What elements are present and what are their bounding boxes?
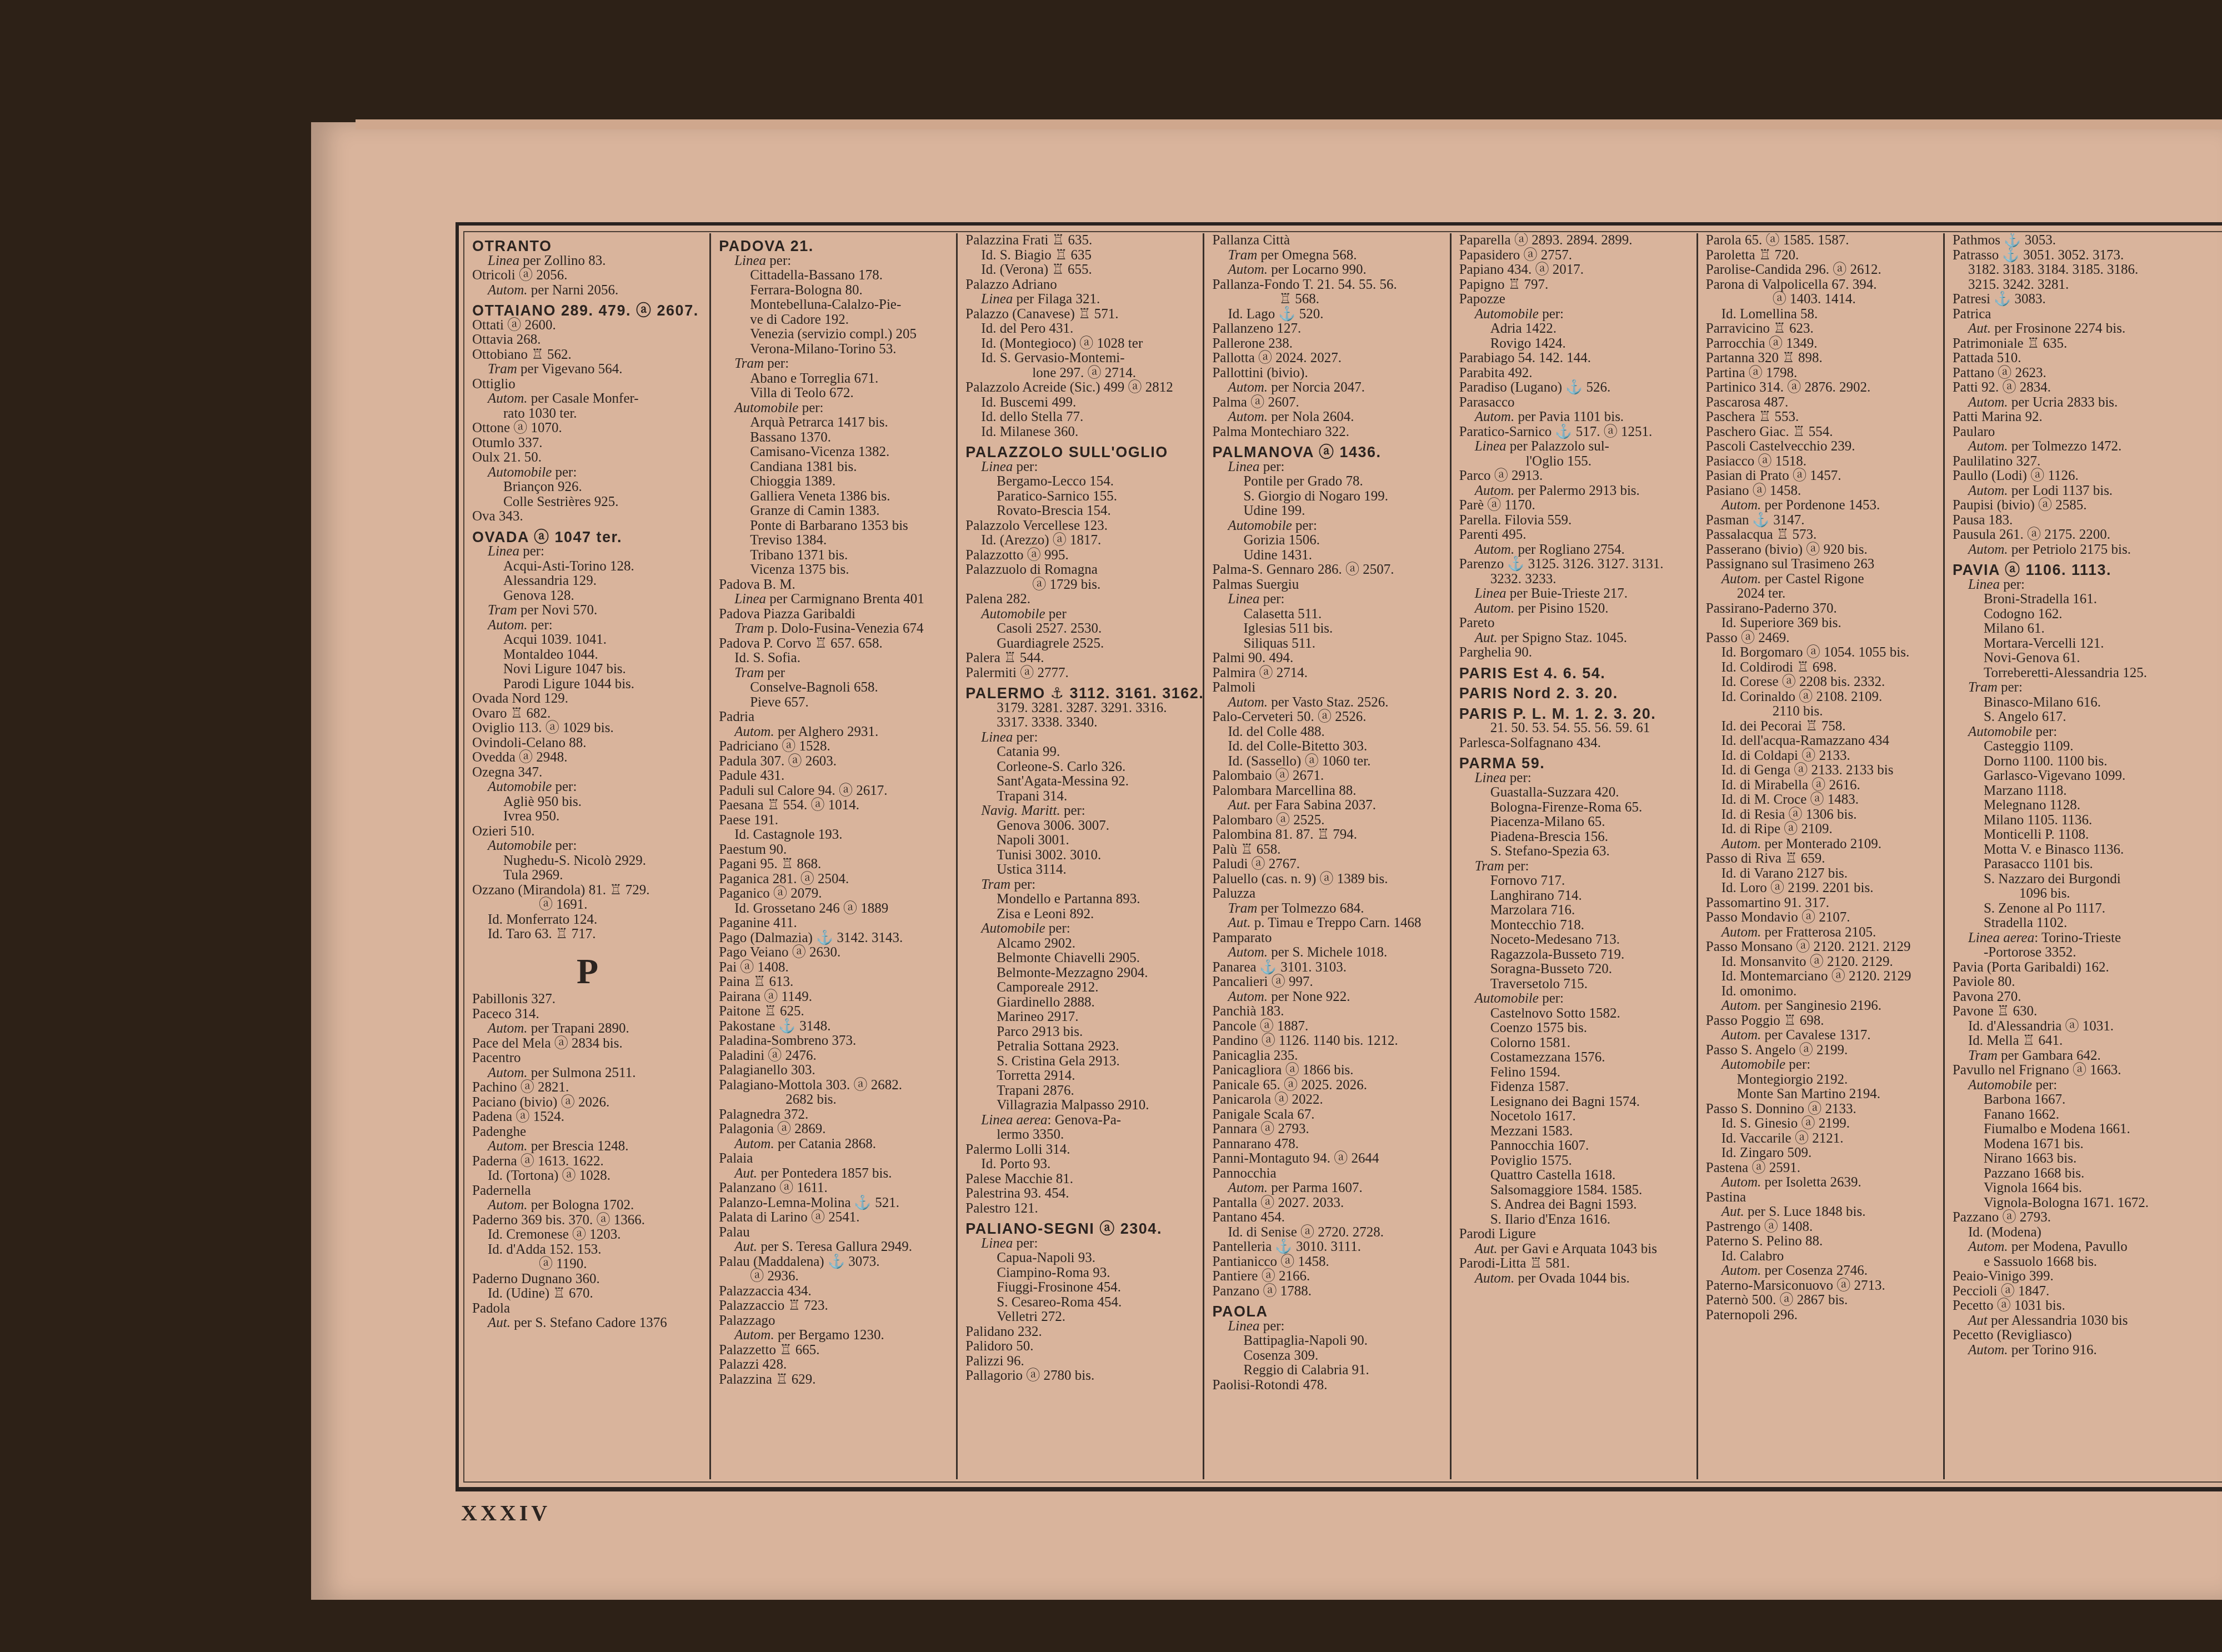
index-entry: Novi-Genova 61.: [1953, 651, 2216, 666]
index-entry: Id. del Colle-Bitetto 303.: [1212, 739, 1444, 754]
index-entry: Paolisi-Rotondi 478.: [1212, 1378, 1444, 1393]
index-entry: Paratico-Sarnico ⚓ 517. ⓐ 1251.: [1459, 425, 1691, 440]
index-entry: Marineo 2917.: [965, 1010, 1197, 1025]
index-entry: Passo Monsano ⓐ 2120. 2121. 2129: [1706, 940, 1938, 955]
index-entry: Palidoro 50.: [965, 1339, 1197, 1354]
index-entry: 2024 ter.: [1706, 587, 1938, 602]
index-column-2: PADOVA 21.Linea per:Cittadella-Bassano 1…: [711, 233, 958, 1479]
index-entry: Passo di Riva ♖ 659.: [1706, 852, 1938, 867]
service-type-label: Autom.: [1475, 1271, 1515, 1286]
index-entry: Paupisi (bivio) ⓐ 2585.: [1953, 498, 2216, 513]
index-entry: Id. di Genga ⓐ 2133. 2133 bis: [1706, 763, 1938, 778]
index-entry: Autom. per Bergamo 1230.: [719, 1328, 950, 1343]
index-entry: Soragna-Busseto 720.: [1459, 962, 1691, 977]
index-entry: Autom. per Sanginesio 2196.: [1706, 999, 1938, 1014]
index-entry: Paterno-Marsiconuovo ⓐ 2713.: [1706, 1279, 1938, 1294]
index-entry: Pavone ♖ 630.: [1953, 1004, 2216, 1019]
index-entry: Papiano 434. ⓐ 2017.: [1459, 263, 1691, 278]
index-entry: Adria 1422.: [1459, 322, 1691, 337]
index-entry: Noceto-Medesano 713.: [1459, 933, 1691, 948]
index-entry: Id. di Varano 2127 bis.: [1706, 867, 1938, 882]
index-entry: Autom. per Cosenza 2746.: [1706, 1264, 1938, 1279]
index-entry: Linea per Buie-Trieste 217.: [1459, 587, 1691, 602]
index-entry: Ottati ⓐ 2600.: [472, 318, 704, 333]
index-entry: Fiuggi-Frosinone 454.: [965, 1280, 1197, 1295]
index-entry: lone 297. ⓐ 2714.: [965, 366, 1197, 381]
index-entry: Aut per Alessandria 1030 bis: [1953, 1314, 2216, 1329]
index-entry: Piacenza-Milano 65.: [1459, 815, 1691, 830]
index-entry: Palma ⓐ 2607.: [1212, 396, 1444, 411]
index-entry: Autom. per Pisino 1520.: [1459, 602, 1691, 617]
index-entry: Autom. per Vasto Staz. 2526.: [1212, 695, 1444, 710]
service-type-label: Tram: [1228, 248, 1257, 263]
index-entry: 21. 50. 53. 54. 55. 56. 59. 61: [1459, 721, 1691, 736]
service-type-label: Tram: [1228, 901, 1257, 916]
index-columns: OTRANTOLinea per Zollino 83.Otricoli ⓐ 2…: [464, 233, 2222, 1479]
index-entry: ve di Cadore 192.: [719, 313, 950, 328]
index-entry: Pachino ⓐ 2821.: [472, 1080, 704, 1095]
service-type-label: Tram: [1475, 859, 1504, 874]
index-column-6: Parola 65. ⓐ 1585. 1587.Paroletta ♖ 720.…: [1698, 233, 1945, 1479]
index-entry: Capua-Napoli 93.: [965, 1251, 1197, 1266]
index-column-5: Paparella ⓐ 2893. 2894. 2899.Papasidero …: [1452, 233, 1698, 1479]
index-entry: Pattada 510.: [1953, 351, 2216, 366]
service-type-label: Linea: [488, 253, 519, 268]
index-entry: Barbona 1667.: [1953, 1093, 2216, 1108]
index-entry: Papozze: [1459, 292, 1691, 307]
index-entry: Paganica 281. ⓐ 2504.: [719, 872, 950, 887]
index-entry: Pai ⓐ 1408.: [719, 960, 950, 975]
index-entry: Napoli 3001.: [965, 833, 1197, 848]
index-entry: Palazzolo Acreide (Sic.) 499 ⓐ 2812: [965, 381, 1197, 396]
service-type-label: Autom.: [488, 391, 528, 406]
index-entry: Autom. per Fratterosa 2105.: [1706, 925, 1938, 940]
service-type-label: Autom.: [1228, 1180, 1268, 1195]
index-entry: Paparella ⓐ 2893. 2894. 2899.: [1459, 233, 1691, 248]
index-entry: Panicale 65. ⓐ 2025. 2026.: [1212, 1078, 1444, 1093]
service-type-label: Linea: [981, 730, 1013, 745]
index-entry: Ottone ⓐ 1070.: [472, 421, 704, 436]
index-entry: Broni-Stradella 161.: [1953, 592, 2216, 607]
index-entry: Patrica: [1953, 307, 2216, 322]
service-type-label: Automobile: [488, 838, 552, 853]
index-entry: Palata di Larino ⓐ 2541.: [719, 1210, 950, 1225]
index-entry: 3317. 3338. 3340.: [965, 715, 1197, 730]
index-entry: Alessandria 129.: [472, 574, 704, 589]
index-entry: Id. Montemarciano ⓐ 2120. 2129: [1706, 969, 1938, 984]
index-entry: Aut. per Fara Sabina 2037.: [1212, 798, 1444, 813]
index-entry: Id. Zingaro 509.: [1706, 1146, 1938, 1161]
index-entry: Passomartino 91. 317.: [1706, 896, 1938, 911]
index-heading: OTTAIANO 289. 479. ⓐ 2607.: [472, 303, 704, 318]
index-entry: Padola: [472, 1301, 704, 1316]
index-entry: Aut. per Frosinone 2274 bis.: [1953, 322, 2216, 337]
index-entry: Vignola 1664 bis.: [1953, 1181, 2216, 1196]
service-type-label: Autom.: [1721, 1263, 1761, 1278]
index-entry: Panicagliora ⓐ 1866 bis.: [1212, 1063, 1444, 1078]
index-column-3: Palazzina Frati ♖ 635.Id. S. Biagio ♖ 63…: [958, 233, 1204, 1479]
index-entry: Alcamo 2902.: [965, 937, 1197, 952]
service-type-label: Autom.: [1228, 945, 1268, 960]
index-entry: ⓐ 1691.: [472, 898, 704, 913]
index-entry: Cittadella-Bassano 178.: [719, 268, 950, 283]
index-entry: Autom. per Ovada 1044 bis.: [1459, 1271, 1691, 1286]
index-entry: Pakostane ⚓ 3148.: [719, 1019, 950, 1034]
index-entry: Acqui 1039. 1041.: [472, 633, 704, 648]
index-entry: Parlesca-Solfagnano 434.: [1459, 736, 1691, 751]
index-entry: Linea per Carmignano Brenta 401: [719, 592, 950, 607]
index-entry: Palestrina 93. 454.: [965, 1187, 1197, 1202]
index-heading: PARMA 59.: [1459, 756, 1691, 771]
index-entry: Velletri 272.: [965, 1310, 1197, 1325]
index-entry: S. Angelo 617.: [1953, 710, 2216, 725]
index-entry: Automobile per:: [1459, 992, 1691, 1007]
service-type-label: Autom.: [488, 618, 528, 633]
index-entry: Montaldeo 1044.: [472, 648, 704, 663]
index-entry: Palermiti ⓐ 2777.: [965, 666, 1197, 681]
index-entry: 3179. 3281. 3287. 3291. 3316.: [965, 701, 1197, 716]
index-entry: S. Andrea dei Bagni 1593.: [1459, 1198, 1691, 1213]
index-entry: Pallanza Città: [1212, 233, 1444, 248]
index-heading: PALIANO-SEGNI ⓐ 2304.: [965, 1222, 1197, 1237]
service-type-label: Linea aerea: [981, 1113, 1047, 1128]
index-entry: Tula 2969.: [472, 868, 704, 883]
index-entry: Paina ♖ 613.: [719, 975, 950, 990]
index-entry: Paulilatino 327.: [1953, 454, 2216, 469]
service-type-label: Autom.: [1228, 262, 1268, 277]
index-entry: Villa di Teolo 672.: [719, 386, 950, 401]
index-entry: Novi Ligure 1047 bis.: [472, 662, 704, 677]
index-entry: Stradella 1102.: [1953, 916, 2216, 931]
index-entry: Tram per:: [1459, 859, 1691, 874]
index-entry: Lesignano dei Bagni 1574.: [1459, 1095, 1691, 1110]
index-entry: Pannocchia 1607.: [1459, 1139, 1691, 1154]
index-entry: Marzano 1118.: [1953, 784, 2216, 799]
index-entry: Paroletta ♖ 720.: [1706, 248, 1938, 263]
index-entry: Palagianello 303.: [719, 1063, 950, 1078]
index-entry: Passo S. Donnino ⓐ 2133.: [1706, 1102, 1938, 1117]
index-heading: PALMANOVA ⓐ 1436.: [1212, 445, 1444, 460]
index-entry: Ova 343.: [472, 509, 704, 524]
index-entry: Palizzi 96.: [965, 1354, 1197, 1369]
index-entry: S. Ilario d'Enza 1616.: [1459, 1213, 1691, 1228]
index-entry: Autom. per S. Michele 1018.: [1212, 945, 1444, 960]
index-entry: Parco 2913 bis.: [965, 1025, 1197, 1040]
index-entry: Palermo Lolli 314.: [965, 1143, 1197, 1158]
index-entry: Autom. per Norcia 2047.: [1212, 381, 1444, 396]
index-entry: Tram per Novi 570.: [472, 603, 704, 618]
index-entry: Aut. per Pontedera 1857 bis.: [719, 1167, 950, 1182]
index-entry: Autom. per Catania 2868.: [719, 1137, 950, 1152]
index-entry: Id. d'Adda 152. 153.: [472, 1243, 704, 1258]
index-entry: Id. (Tortona) ⓐ 1028.: [472, 1169, 704, 1184]
index-entry: Automobile per:: [719, 401, 950, 416]
index-entry: Id. di M. Croce ⓐ 1483.: [1706, 793, 1938, 808]
index-entry: Palazzago: [719, 1314, 950, 1329]
index-entry: Id. (Udine) ♖ 670.: [472, 1286, 704, 1301]
service-type-label: Linea: [981, 1236, 1013, 1251]
index-entry: Linea per:: [965, 730, 1197, 745]
service-type-label: Linea: [1475, 439, 1507, 454]
index-entry: Autom. per None 922.: [1212, 990, 1444, 1005]
index-entry: Zisa e Leoni 892.: [965, 907, 1197, 922]
index-entry: Pancole ⓐ 1887.: [1212, 1019, 1444, 1034]
service-type-label: Navig. Maritt.: [981, 803, 1060, 818]
service-type-label: Autom.: [1721, 572, 1761, 587]
index-entry: Paviole 80.: [1953, 975, 2216, 990]
index-entry: Parella. Filovia 559.: [1459, 513, 1691, 528]
index-entry: Palazzuolo di Romagna: [965, 563, 1197, 578]
index-entry: Paullo (Lodi) ⓐ 1126.: [1953, 469, 2216, 484]
index-entry: Autom. per Bologna 1702.: [472, 1198, 704, 1213]
index-entry: Autom. per Modena, Pavullo: [1953, 1240, 2216, 1255]
index-entry: Torreberetti-Alessandria 125.: [1953, 666, 2216, 681]
service-type-label: Autom.: [1721, 837, 1761, 852]
index-entry: Aut. per S. Teresa Gallura 2949.: [719, 1240, 950, 1255]
index-entry: Pannarano 478.: [1212, 1137, 1444, 1152]
index-entry: Paduli sul Calore 94. ⓐ 2617.: [719, 784, 950, 799]
index-entry: S. Cristina Gela 2913.: [965, 1054, 1197, 1069]
index-entry: Automobile per:: [1953, 1078, 2216, 1093]
index-entry: Id. (Montegioco) ⓐ 1028 ter: [965, 337, 1197, 352]
index-entry: Palo-Cerveteri 50. ⓐ 2526.: [1212, 710, 1444, 725]
service-type-label: Linea: [1475, 586, 1507, 601]
service-type-label: Tram: [734, 665, 764, 680]
index-entry: S. Zenone al Po 1117.: [1953, 902, 2216, 917]
index-entry: Pattano ⓐ 2623.: [1953, 366, 2216, 381]
index-entry: Pannara ⓐ 2793.: [1212, 1122, 1444, 1137]
index-entry: e Sassuolo 1668 bis.: [1953, 1255, 2216, 1270]
index-entry: Palagiano-Mottola 303. ⓐ 2682.: [719, 1078, 950, 1093]
service-type-label: Aut.: [1968, 321, 1991, 336]
index-entry: Pallerone 238.: [1212, 337, 1444, 352]
index-entry: Automobile per:: [1212, 519, 1444, 534]
service-type-label: Linea: [1228, 592, 1259, 607]
index-entry: Id. S. Gervasio-Montemi-: [965, 351, 1197, 366]
index-entry: Verona-Milano-Torino 53.: [719, 342, 950, 357]
index-entry: Ivrea 950.: [472, 809, 704, 824]
index-entry: Pago Veiano ⓐ 2630.: [719, 945, 950, 960]
index-entry: Paderna ⓐ 1613. 1622.: [472, 1154, 704, 1169]
index-entry: Id. omonimo.: [1706, 984, 1938, 999]
index-entry: Tram per:: [965, 878, 1197, 893]
service-type-label: Autom.: [1721, 998, 1761, 1013]
service-type-label: Automobile: [1228, 518, 1292, 533]
index-entry: Id. del Pero 431.: [965, 322, 1197, 337]
index-entry: Pantalla ⓐ 2027. 2033.: [1212, 1196, 1444, 1211]
index-entry: Automobile per:: [1706, 1058, 1938, 1073]
index-entry: Paularo: [1953, 425, 2216, 440]
index-entry: Palena 282.: [965, 592, 1197, 607]
index-entry: Padena ⓐ 1524.: [472, 1110, 704, 1125]
service-type-label: Linea: [734, 253, 766, 268]
index-entry: Palombina 81. 87. ♖ 794.: [1212, 828, 1444, 843]
index-entry: Palestro 121.: [965, 1202, 1197, 1217]
service-type-label: Tram: [488, 362, 517, 377]
index-entry: Pannocchia: [1212, 1167, 1444, 1182]
index-heading: PAOLA: [1212, 1304, 1444, 1319]
index-entry: Fornovo 717.: [1459, 874, 1691, 889]
index-entry: Ciampino-Roma 93.: [965, 1266, 1197, 1281]
index-entry: Siliquas 511.: [1212, 637, 1444, 652]
index-entry: Tunisi 3002. 3010.: [965, 848, 1197, 863]
index-entry: Automobile per:: [472, 780, 704, 795]
index-entry: Autom. per Pavia 1101 bis.: [1459, 410, 1691, 425]
service-type-label: Aut.: [1228, 915, 1250, 930]
index-entry: Linea per Filaga 321.: [965, 292, 1197, 307]
index-entry: Linea per:: [1212, 592, 1444, 607]
index-entry: Autom. per Castel Rigone: [1706, 572, 1938, 587]
service-type-label: Linea: [1475, 770, 1507, 785]
index-entry: Paternopoli 296.: [1706, 1308, 1938, 1323]
index-entry: rato 1030 ter.: [472, 407, 704, 422]
service-type-label: Linea aerea: [1968, 930, 2034, 945]
index-entry: Autom. per Petriolo 2175 bis.: [1953, 543, 2216, 558]
service-type-label: Automobile: [488, 465, 552, 480]
index-entry: Abano e Torreglia 671.: [719, 372, 950, 387]
service-type-label: Tram: [981, 877, 1010, 892]
index-entry: Vignola-Bologna 1671. 1672.: [1953, 1196, 2216, 1211]
index-entry: Autom. per Parma 1607.: [1212, 1181, 1444, 1196]
index-entry: Panigale Scala 67.: [1212, 1108, 1444, 1123]
index-entry: Palazzolo Vercellese 123.: [965, 519, 1197, 534]
index-entry: Palau (Maddalena) ⚓ 3073.: [719, 1255, 950, 1270]
service-type-label: Automobile: [1968, 724, 2032, 739]
index-entry: Passignano sul Trasimeno 263: [1706, 557, 1938, 572]
index-entry: Id. Taro 63. ♖ 717.: [472, 927, 704, 942]
index-entry: Bassano 1370.: [719, 430, 950, 445]
index-entry: Panni-Montaguto 94. ⓐ 2644: [1212, 1152, 1444, 1167]
service-type-label: Aut.: [1228, 798, 1250, 813]
index-entry: Arquà Petrarca 1417 bis.: [719, 415, 950, 430]
index-entry: Id. Monsanvito ⓐ 2120. 2129.: [1706, 955, 1938, 970]
index-entry: Paitone ♖ 625.: [719, 1004, 950, 1019]
index-entry: Autom. per Rogliano 2754.: [1459, 543, 1691, 558]
index-entry: 3215. 3242. 3281.: [1953, 278, 2216, 293]
index-entry: 2110 bis.: [1706, 704, 1938, 719]
index-entry: Galliera Veneta 1386 bis.: [719, 489, 950, 504]
index-entry: Id. di Resia ⓐ 1306 bis.: [1706, 808, 1938, 823]
index-entry: Rovato-Brescia 154.: [965, 504, 1197, 519]
index-entry: Autom. per Locarno 990.: [1212, 263, 1444, 278]
service-type-label: Autom.: [1721, 1175, 1761, 1190]
index-entry: Passerano (bivio) ⓐ 920 bis.: [1706, 543, 1938, 558]
index-entry: Panicarola ⓐ 2022.: [1212, 1093, 1444, 1108]
service-type-label: Aut.: [1475, 630, 1498, 645]
index-entry: Costamezzana 1576.: [1459, 1050, 1691, 1065]
index-entry: Piadena-Brescia 156.: [1459, 830, 1691, 845]
index-entry: Traversetolo 715.: [1459, 977, 1691, 992]
index-entry: Id. dell'acqua-Ramazzano 434: [1706, 734, 1938, 749]
index-entry: Paladina-Sombreno 373.: [719, 1034, 950, 1049]
service-type-label: Automobile: [1475, 991, 1539, 1006]
index-entry: Pavona 270.: [1953, 990, 2216, 1005]
index-entry: Patresi ⚓ 3083.: [1953, 292, 2216, 307]
index-entry: Pascoli Castelvecchio 239.: [1706, 439, 1938, 454]
index-entry: Dorno 1100. 1100 bis.: [1953, 754, 2216, 769]
index-entry: Bologna-Firenze-Roma 65.: [1459, 800, 1691, 815]
index-entry: Torretta 2914.: [965, 1069, 1197, 1084]
index-entry: Id. Lago ⚓ 520.: [1212, 307, 1444, 322]
index-entry: Autom. per Monterado 2109.: [1706, 837, 1938, 852]
index-entry: Palazzi 428.: [719, 1358, 950, 1373]
index-entry: Parco ⓐ 2913.: [1459, 469, 1691, 484]
index-entry: Cosenza 309.: [1212, 1349, 1444, 1364]
index-entry: Id. Buscemi 499.: [965, 396, 1197, 411]
service-type-label: Linea: [981, 292, 1013, 307]
index-entry: Id. S. Biagio ♖ 635: [965, 248, 1197, 263]
index-entry: Parravicino ♖ 623.: [1706, 322, 1938, 337]
index-entry: Id. Cremonese ⓐ 1203.: [472, 1228, 704, 1243]
index-entry: ⓐ 1403. 1414.: [1706, 292, 1938, 307]
index-entry: Id. Porto 93.: [965, 1157, 1197, 1172]
index-entry: Melegnano 1128.: [1953, 798, 2216, 813]
index-entry: Parodi Ligure 1044 bis.: [472, 677, 704, 692]
index-entry: Palombaio ⓐ 2671.: [1212, 769, 1444, 784]
service-type-label: Tram: [734, 621, 764, 636]
index-entry: Id. Milanese 360.: [965, 425, 1197, 440]
index-entry: S. Giorgio di Nogaro 199.: [1212, 489, 1444, 504]
index-entry: Pallanza-Fondo T. 21. 54. 55. 56.: [1212, 278, 1444, 293]
index-entry: Parenzo ⚓ 3125. 3126. 3127. 3131.: [1459, 557, 1691, 572]
index-entry: Casteggio 1109.: [1953, 739, 2216, 754]
index-entry: Paganine 411.: [719, 916, 950, 931]
index-entry: Salsomaggiore 1584. 1585.: [1459, 1183, 1691, 1198]
index-heading: PAVIA ⓐ 1106. 1113.: [1953, 563, 2216, 578]
index-entry: Aut. per S. Luce 1848 bis.: [1706, 1205, 1938, 1220]
index-entry: Palazzotto ⓐ 995.: [965, 548, 1197, 563]
index-entry: Patti Marina 92.: [1953, 410, 2216, 425]
index-entry: Monticelli P. 1108.: [1953, 828, 2216, 843]
index-entry: Paluello (cas. n. 9) ⓐ 1389 bis.: [1212, 872, 1444, 887]
index-entry: Poviglio 1575.: [1459, 1154, 1691, 1169]
index-entry: Pazzano ⓐ 2793.: [1953, 1210, 2216, 1225]
index-entry: Pantelleria ⚓ 3010. 3111.: [1212, 1240, 1444, 1255]
index-entry: Papasidero ⓐ 2757.: [1459, 248, 1691, 263]
index-entry: Parona di Valpolicella 67. 394.: [1706, 278, 1938, 293]
index-entry: Acqui-Asti-Torino 128.: [472, 559, 704, 574]
index-entry: Paladini ⓐ 2476.: [719, 1049, 950, 1064]
index-entry: Autom. per Brescia 1248.: [472, 1139, 704, 1154]
index-entry: Autom. per Sulmona 2511.: [472, 1066, 704, 1081]
index-entry: Linea per:: [965, 1237, 1197, 1251]
index-entry: Paludi ⓐ 2767.: [1212, 857, 1444, 872]
index-entry: Palmoli: [1212, 680, 1444, 695]
index-entry: Calasetta 511.: [1212, 607, 1444, 622]
index-entry: Pastrengo ⓐ 1408.: [1706, 1220, 1938, 1235]
index-entry: Padernella: [472, 1184, 704, 1199]
index-entry: Nocetolo 1617.: [1459, 1109, 1691, 1124]
index-entry: Padria: [719, 710, 950, 725]
index-entry: Guastalla-Suzzara 420.: [1459, 785, 1691, 800]
index-entry: Tram per:: [1953, 680, 2216, 695]
index-entry: Palazzina ♖ 629.: [719, 1373, 950, 1388]
index-entry: Autom. per Trapani 2890.: [472, 1022, 704, 1037]
index-entry: Genova 128.: [472, 589, 704, 604]
index-entry: Partinico 314. ⓐ 2876. 2902.: [1706, 381, 1938, 396]
index-entry: lermo 3350.: [965, 1128, 1197, 1143]
index-entry: 2682 bis.: [719, 1093, 950, 1108]
index-entry: Fanano 1662.: [1953, 1108, 2216, 1123]
service-type-label: Automobile: [734, 401, 798, 415]
index-entry: Automobile per: [965, 607, 1197, 622]
service-type-label: Linea: [981, 459, 1013, 474]
index-frame: OTRANTOLinea per Zollino 83.Otricoli ⓐ 2…: [456, 222, 2222, 1491]
service-type-label: Tram: [1968, 1048, 1998, 1063]
index-entry: Pazzano 1668 bis.: [1953, 1167, 2216, 1182]
index-entry: Pastena ⓐ 2591.: [1706, 1161, 1938, 1176]
index-entry: Id. Corese ⓐ 2208 bis. 2332.: [1706, 675, 1938, 690]
